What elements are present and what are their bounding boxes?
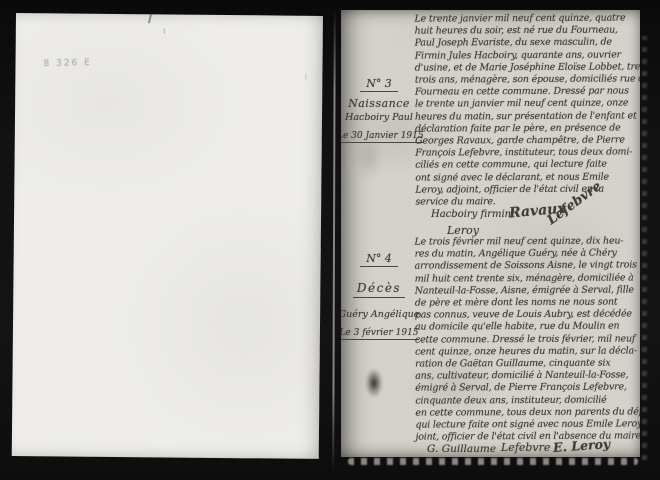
act-2-person-name: Guéry Angélique [341,309,421,320]
left-blank-page: 8 326 E [12,13,323,459]
ink-smudge [355,134,383,180]
manuscript-line: ciliés en cette commune, qui lecture fai… [415,159,637,172]
manuscript-line: cette commune. Dressé le trois février, … [415,333,637,346]
manuscript-line: heures du matin, sur présentation de l'e… [415,110,637,123]
act-1-number: N° 3 [360,77,398,92]
page-stack-edge-right [642,36,647,460]
act-1-date: Le 30 Janvier 1915 [341,131,424,143]
manuscript-line: émigré à Serval, de Pierre François Lefe… [415,382,637,395]
manuscript-line: Georges Ravaux, garde champêtre, de Pier… [415,134,637,147]
act-2-date: Le 3 février 1915 [341,328,419,340]
manuscript-line: cent quinze, onze heures du matin, sur l… [415,345,637,358]
pencil-shelfmark: 8 326 E [43,58,92,69]
manuscript-page: N° 3 Naissance Hacboiry Paul Le 30 Janvi… [341,10,640,457]
manuscript-line: Nanteuil-la-Fosse, Aisne, émigrée à Serv… [415,284,637,297]
ink-blot [365,368,383,398]
act-1-category: Naissance [348,97,410,111]
manuscript-line: Fourneau en cette commune. Dressé par no… [415,86,637,99]
act-2-category: Décès [353,281,405,298]
signature-witness-guillaume: G. Guillaume [427,443,496,455]
manuscript-line: le trente un janvier mil neuf cent quinz… [415,98,637,111]
manuscript-line: Firmin Jules Hacboiry, quarante ans, ouv… [415,49,637,62]
ink-speck [148,14,152,23]
register-scan: 8 326 E N° 3 Naissance Hacboiry Paul Le … [0,0,660,480]
manuscript-line: pas connus, veuve de Louis Aubry, est dé… [415,309,637,322]
signature-declarant-hacboiry: Hacboiry firmin [431,209,511,220]
act-2-number: N° 4 [360,252,398,267]
manuscript-line: mil huit cent trente six, ménagère, domi… [415,272,637,285]
page-stack-edge-bottom [348,458,638,465]
act-1-margin: N° 3 Naissance Hacboiry Paul Le 30 Janvi… [341,72,421,143]
act-1-person-name: Hacboiry Paul [341,112,421,123]
signature-officer-leroy: Leroy [447,224,479,237]
manuscript-line: ont signé avec le déclarant, et nous Emi… [415,171,637,184]
page-edge-highlight [332,8,336,472]
signature-officer-eleroy: E. Leroy [553,436,611,455]
manuscript-line: au domicile qu'elle habite, rue du Mouli… [415,321,637,334]
manuscript-line: Paul Joseph Evariste, du sexe masculin, … [415,37,637,50]
ink-speck [164,28,166,33]
manuscript-line: res du matin, Angélique Guéry, née à Ché… [415,248,637,261]
act-2-body-text: Le trois février mil neuf cent quinze, d… [414,235,637,444]
signature-witness-lefebvre: Lefebvre [501,441,550,454]
manuscript-line: huit heures du soir, est né rue du Fourn… [415,25,637,38]
manuscript-line: cinquante deux ans, instituteur, domicil… [415,394,637,407]
manuscript-line: d'usine, et de Marie Joséphine Eloïse Lo… [415,61,637,74]
act-2-margin: N° 4 Décès Guéry Angélique Le 3 février … [341,247,421,340]
ink-speck [305,74,306,80]
manuscript-line: arrondissement de Soissons Aisne, le vin… [415,260,637,273]
act-1-body-text: Le trente janvier mil neuf cent quinze, … [414,12,637,208]
